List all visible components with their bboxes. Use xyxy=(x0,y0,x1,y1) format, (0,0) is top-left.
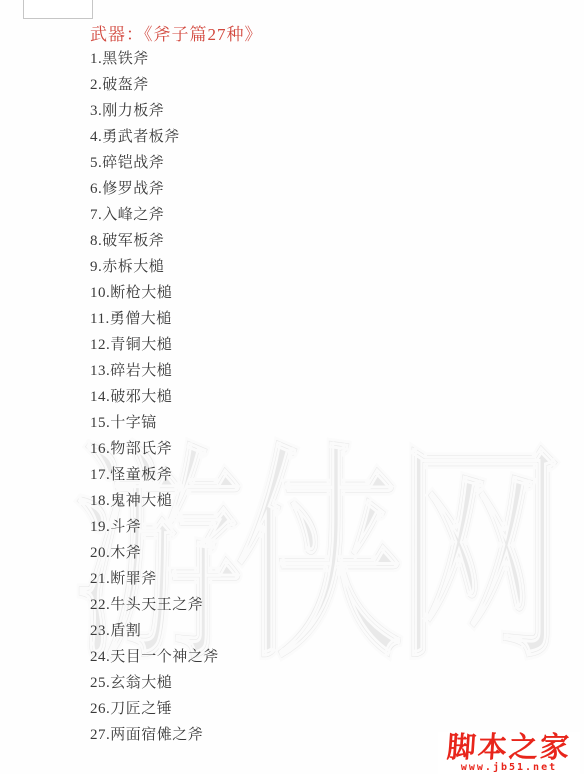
list-item: 15.十字镐 xyxy=(90,410,219,436)
list-item: 8.破军板斧 xyxy=(90,228,219,254)
list-item: 19.斗斧 xyxy=(90,514,219,540)
list-item: 1.黑铁斧 xyxy=(90,46,219,72)
list-item: 22.牛头天王之斧 xyxy=(90,592,219,618)
list-item: 4.勇武者板斧 xyxy=(90,124,219,150)
site-logo-text: 脚本之家 xyxy=(437,732,581,762)
list-item: 21.断罪斧 xyxy=(90,566,219,592)
list-item: 20.木斧 xyxy=(90,540,219,566)
list-item: 12.青铜大槌 xyxy=(90,332,219,358)
document-page: 游侠网 武器：《斧子篇27种》 1.黑铁斧2.破盔斧3.刚力板斧4.勇武者板斧5… xyxy=(0,0,584,774)
list-item: 23.盾割 xyxy=(90,618,219,644)
list-item: 27.两面宿傩之斧 xyxy=(90,722,219,748)
list-item: 3.刚力板斧 xyxy=(90,98,219,124)
list-item: 25.玄翁大槌 xyxy=(90,670,219,696)
list-item: 14.破邪大槌 xyxy=(90,384,219,410)
weapon-list: 1.黑铁斧2.破盔斧3.刚力板斧4.勇武者板斧5.碎铠战斧6.修罗战斧7.入峰之… xyxy=(90,46,219,748)
list-item: 17.怪童板斧 xyxy=(90,462,219,488)
list-item: 16.物部氏斧 xyxy=(90,436,219,462)
list-item: 24.天目一个神之斧 xyxy=(90,644,219,670)
site-logo: 脚本之家 www.jb51.net xyxy=(438,732,580,774)
list-item: 11.勇僧大槌 xyxy=(90,306,219,332)
list-item: 18.鬼神大槌 xyxy=(90,488,219,514)
list-item: 26.刀匠之锤 xyxy=(90,696,219,722)
page-corner-mark xyxy=(23,0,93,19)
list-item: 5.碎铠战斧 xyxy=(90,150,219,176)
list-item: 10.断枪大槌 xyxy=(90,280,219,306)
page-title: 武器：《斧子篇27种》 xyxy=(90,20,263,45)
list-item: 9.赤柝大槌 xyxy=(90,254,219,280)
list-item: 13.碎岩大槌 xyxy=(90,358,219,384)
list-item: 6.修罗战斧 xyxy=(90,176,219,202)
list-item: 7.入峰之斧 xyxy=(90,202,219,228)
list-item: 2.破盔斧 xyxy=(90,72,219,98)
